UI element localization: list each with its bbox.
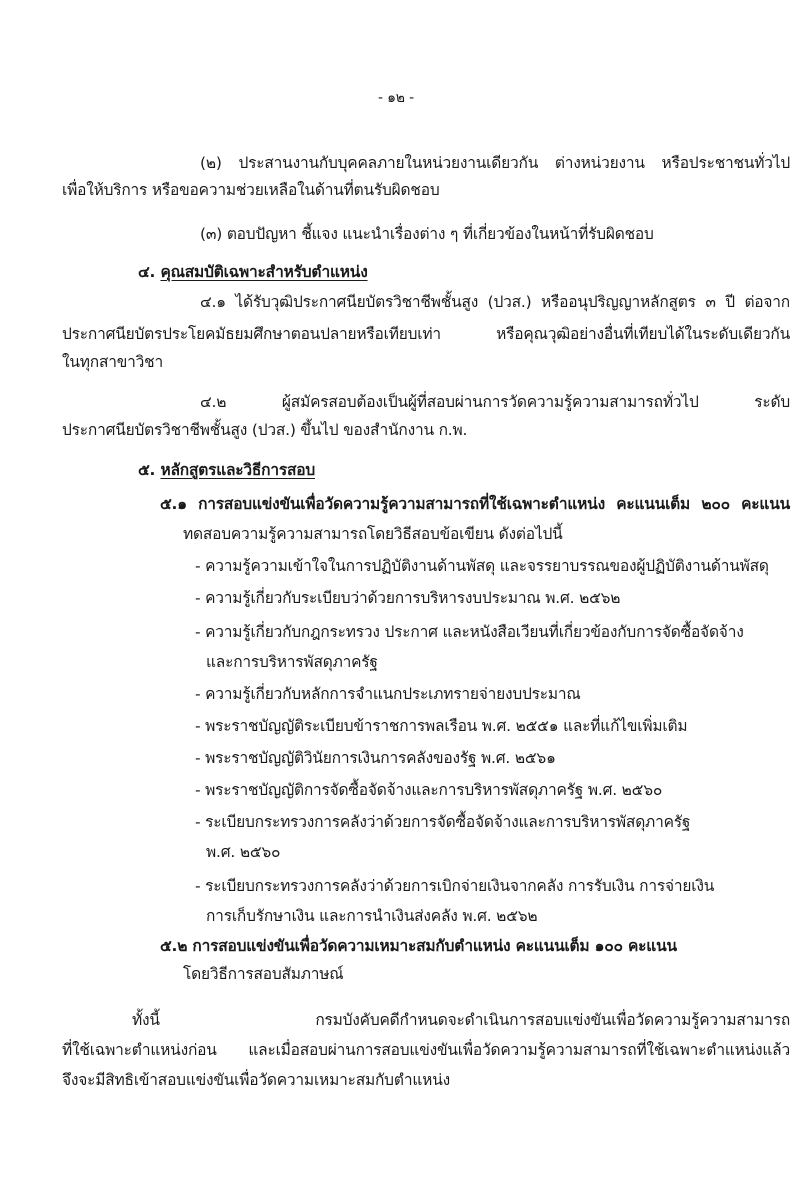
exam-topic-8-line-1: - ระเบียบกระทรวงการคลังว่าด้วยการจัดซื้อ… xyxy=(195,812,690,832)
exam-5-1-title: ๕.๑ การสอบแข่งขันเพื่อวัดความรู้ความสามา… xyxy=(160,494,790,514)
section-4-title: คุณสมบัติเฉพาะสำหรับตำแหน่ง xyxy=(160,263,367,281)
qualification-4-1-line-2: ประกาศนียบัตรประโยคมัธยมศึกษาตอนปลายหรือ… xyxy=(62,324,790,344)
exam-topic-3-line-2: และการบริหารพัสดุภาครัฐ xyxy=(206,652,378,672)
qualification-4-1-line-1: ๔.๑ ได้รับวุฒิประกาศนียบัตรวิชาชีพชั้นสู… xyxy=(200,292,790,312)
exam-topic-6: - พระราชบัญญัติวินัยการเงินการคลังของรัฐ… xyxy=(195,748,556,768)
exam-5-1-intro: ทดสอบความรู้ความสามารถโดยวิธีสอบข้อเขียน… xyxy=(183,524,563,544)
section-5-heading: ๕. หลักสูตรและวิธีการสอบ xyxy=(138,460,315,480)
qualification-4-2-line-2: ประกาศนียบัตรวิชาชีพชั้นสูง (ปวส.) ขึ้นไ… xyxy=(62,420,467,440)
closing-line-1: ทั้งนี้ กรมบังคับคดีกำหนดจะดำเนินการสอบแ… xyxy=(132,1010,790,1030)
qualification-4-1-line-3: ในทุกสาขาวิชา xyxy=(62,352,163,372)
exam-topic-5: - พระราชบัญญัติระเบียบข้าราชการพลเรือน พ… xyxy=(195,716,687,736)
duty-item-2-line-2: เพื่อให้บริการ หรือขอความช่วยเหลือในด้าน… xyxy=(62,180,439,200)
closing-line-2: ที่ใช้เฉพาะตำแหน่งก่อน และเมื่อสอบผ่านกา… xyxy=(62,1040,790,1060)
exam-topic-2: - ความรู้เกี่ยวกับระเบียบว่าด้วยการบริหา… xyxy=(195,588,620,608)
section-4-heading: ๔. คุณสมบัติเฉพาะสำหรับตำแหน่ง xyxy=(138,262,368,282)
exam-topic-8-line-2: พ.ศ. ๒๕๖๐ xyxy=(206,842,280,862)
exam-topic-4: - ความรู้เกี่ยวกับหลักการจำแนกประเภทรายจ… xyxy=(195,684,581,704)
exam-topic-1: - ความรู้ความเข้าใจในการปฏิบัติงานด้านพั… xyxy=(195,556,769,576)
section-5-number: ๕. xyxy=(138,461,155,479)
closing-line-3: จึงจะมีสิทธิเข้าสอบแข่งขันเพื่อวัดความเห… xyxy=(62,1070,450,1090)
exam-5-2-method: โดยวิธีการสอบสัมภาษณ์ xyxy=(183,964,343,984)
exam-topic-3-line-1: - ความรู้เกี่ยวกับกฎกระทรวง ประกาศ และหน… xyxy=(195,622,744,642)
duty-item-2-line-1: (๒) ประสานงานกับบุคคลภายในหน่วยงานเดียวก… xyxy=(200,153,790,173)
exam-topic-7: - พระราชบัญญัติการจัดซื้อจัดจ้างและการบร… xyxy=(195,780,662,800)
section-5-title: หลักสูตรและวิธีการสอบ xyxy=(160,461,315,479)
duty-item-3: (๓) ตอบปัญหา ชี้แจง แนะนำเรื่องต่าง ๆ ที… xyxy=(200,224,654,244)
exam-5-2-title: ๕.๒ การสอบแข่งขันเพื่อวัดความเหมาะสมกับต… xyxy=(160,936,677,956)
exam-topic-9-line-1: - ระเบียบกระทรวงการคลังว่าด้วยการเบิกจ่า… xyxy=(195,876,714,896)
qualification-4-2-line-1: ๔.๒ ผู้สมัครสอบต้องเป็นผู้ที่สอบผ่านการว… xyxy=(200,392,790,412)
exam-topic-9-line-2: การเก็บรักษาเงิน และการนำเงินส่งคลัง พ.ศ… xyxy=(206,906,537,926)
section-4-number: ๔. xyxy=(138,263,155,281)
page-number: - ๑๒ - xyxy=(378,88,414,108)
